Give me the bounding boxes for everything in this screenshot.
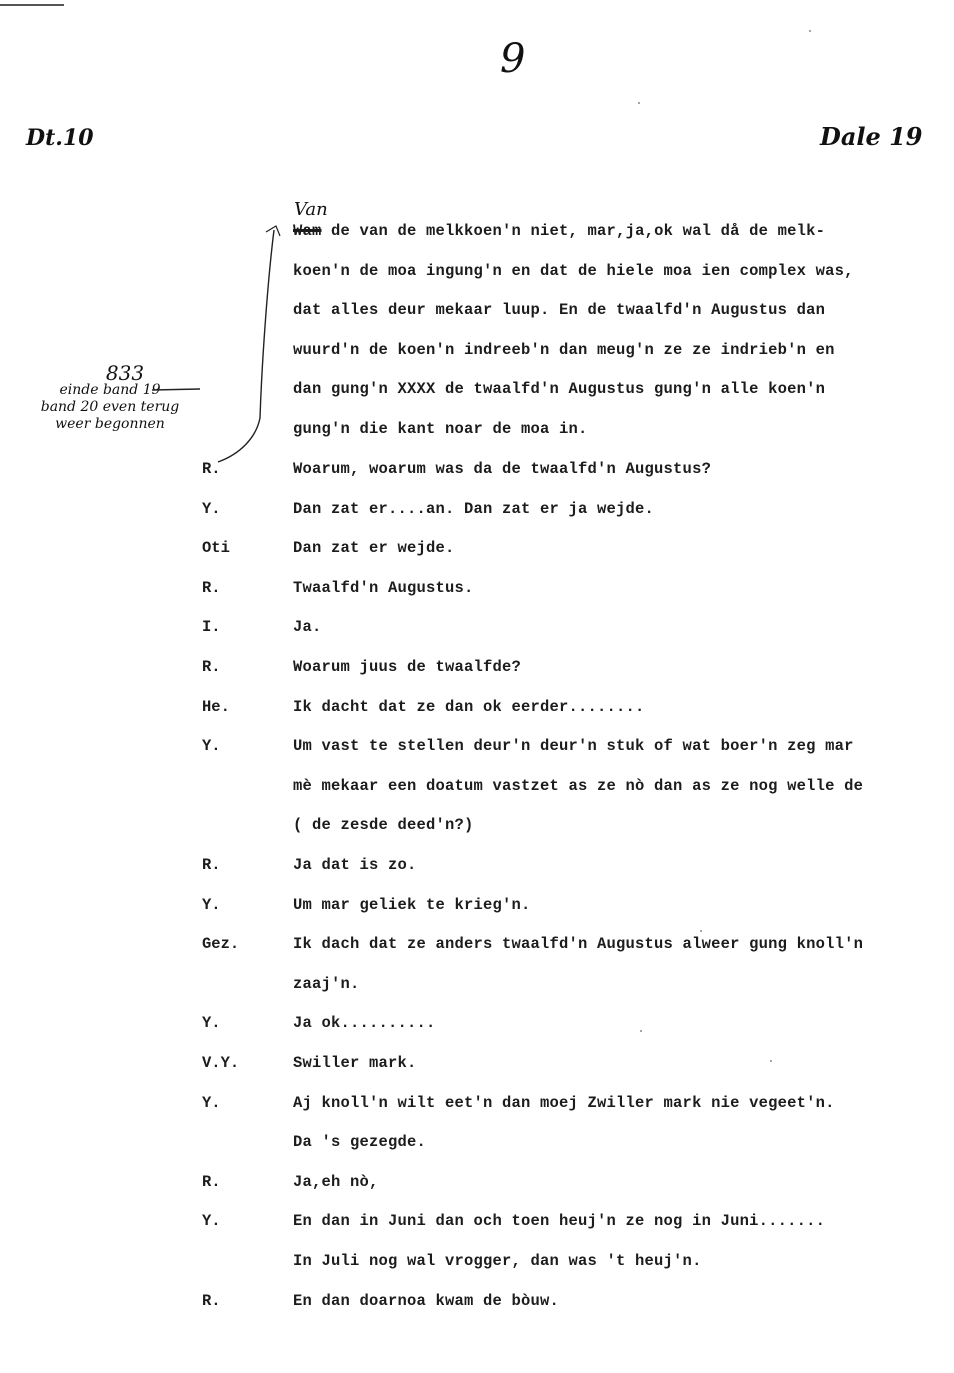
speaker-label: He. [202, 698, 230, 716]
paragraph-text: wuurd'n de koen'n indreeb'n dan meug'n z… [293, 341, 835, 359]
utterance-line: Da 's gezegde. [293, 1133, 426, 1151]
speaker-label: V.Y. [202, 1054, 239, 1072]
utterance-line: En dan doarnoa kwam de bòuw. [293, 1292, 559, 1310]
utterance-line: Ja ok.......... [293, 1014, 436, 1032]
paragraph-text: de van de melkkoen'n niet, mar,ja,ok wal… [322, 222, 826, 240]
utterance-line: Swiller mark. [293, 1054, 417, 1072]
speaker-label: Y. [202, 737, 221, 755]
speaker-label: Y. [202, 1094, 221, 1112]
speaker-label: I. [202, 618, 221, 636]
utterance-line: En dan in Juni dan och toen heuj'n ze no… [293, 1212, 825, 1230]
paragraph-line: wuurd'n de koen'n indreeb'n dan meug'n z… [293, 341, 835, 359]
speaker-label: R. [202, 856, 221, 874]
utterance-line: ( de zesde deed'n?) [293, 816, 474, 834]
margin-note-number: 833 [40, 365, 210, 382]
speaker-label: Oti [202, 539, 230, 557]
speaker-label: Gez. [202, 935, 239, 953]
paragraph-text: gung'n die kant noar de moa in. [293, 420, 588, 438]
utterance-line: Aj knoll'n wilt eet'n dan moej Zwiller m… [293, 1094, 835, 1112]
margin-note-line: band 20 even terug [10, 399, 210, 416]
paragraph-line: Wam de van de melkkoen'n niet, mar,ja,ok… [293, 222, 825, 240]
paragraph-text: koen'n de moa ingung'n en dat de hiele m… [293, 262, 854, 280]
reference-left: Dt.10 [26, 125, 94, 151]
utterance-line: Dan zat er....an. Dan zat er ja wejde. [293, 500, 654, 518]
speaker-label: R. [202, 1173, 221, 1191]
margin-bracket-arrow [210, 218, 300, 468]
margin-dash [150, 385, 210, 395]
reference-right: Dale 19 [820, 122, 923, 151]
utterance-line: Woarum, woarum was da de twaalfd'n Augus… [293, 460, 711, 478]
speaker-label: Y. [202, 896, 221, 914]
paragraph-line: dan gung'n XXXX de twaalfd'n Augustus gu… [293, 380, 825, 398]
margin-note: 833 einde band 19 band 20 even terug wee… [10, 365, 210, 433]
paragraph-line: koen'n de moa ingung'n en dat de hiele m… [293, 262, 854, 280]
speaker-label: Y. [202, 1212, 221, 1230]
utterance-line: Um mar geliek te krieg'n. [293, 896, 531, 914]
utterance-line: Ja dat is zo. [293, 856, 417, 874]
speaker-label: R. [202, 658, 221, 676]
utterance-line: In Juli nog wal vrogger, dan was 't heuj… [293, 1252, 702, 1270]
speaker-label: R. [202, 1292, 221, 1310]
speaker-label: R. [202, 460, 221, 478]
page-number: 9 [500, 36, 525, 82]
utterance-line: Ja. [293, 618, 322, 636]
utterance-line: Dan zat er wejde. [293, 539, 455, 557]
speaker-label: Y. [202, 500, 221, 518]
utterance-line: zaaj'n. [293, 975, 360, 993]
utterance-line: Woarum juus de twaalfde? [293, 658, 521, 676]
utterance-line: Twaalfd'n Augustus. [293, 579, 474, 597]
paragraph-text: dan gung'n XXXX de twaalfd'n Augustus gu… [293, 380, 825, 398]
scan-edge-line [0, 4, 64, 6]
struck-word: Wam [293, 222, 322, 240]
utterance-line: Ik dach dat ze anders twaalfd'n Augustus… [293, 935, 863, 953]
utterance-line: Um vast te stellen deur'n deur'n stuk of… [293, 737, 854, 755]
paragraph-line: dat alles deur mekaar luup. En de twaalf… [293, 301, 825, 319]
paragraph-line: gung'n die kant noar de moa in. [293, 420, 588, 438]
paragraph-text: dat alles deur mekaar luup. En de twaalf… [293, 301, 825, 319]
speaker-label: R. [202, 579, 221, 597]
handwritten-correction: Van [294, 199, 328, 220]
speaker-label: Y. [202, 1014, 221, 1032]
margin-note-line: weer begonnen [10, 416, 210, 433]
utterance-line: mè mekaar een doatum vastzet as ze nò da… [293, 777, 863, 795]
utterance-line: Ja,eh nò, [293, 1173, 379, 1191]
utterance-line: Ik dacht dat ze dan ok eerder........ [293, 698, 645, 716]
scanned-page: 9 Dt.10 Dale 19 Van 833 einde band 19 ba… [0, 0, 954, 1373]
